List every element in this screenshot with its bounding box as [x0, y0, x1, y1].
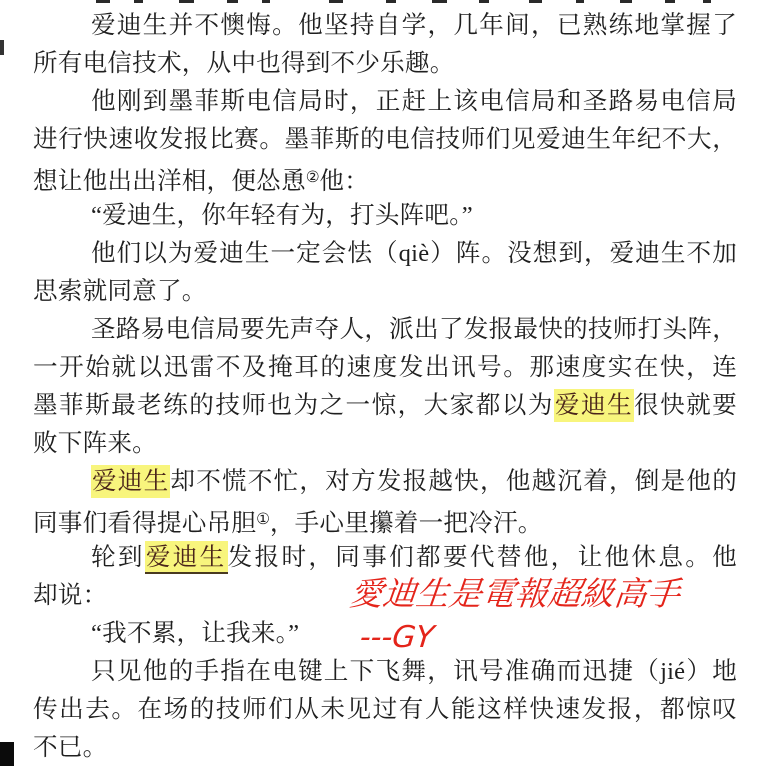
text-segment: 很快就要	[634, 392, 737, 419]
text-segment: 不已。	[33, 734, 107, 761]
text-segment: “爱迪生，你年轻有为，打头阵吧。”	[91, 202, 473, 229]
footnote-marker: ②	[306, 169, 320, 186]
text-segment: 败下阵来。	[33, 430, 157, 457]
text-line: 所有电信技术，从中也得到不少乐趣。	[33, 45, 737, 83]
text-line: 思索就同意了。	[33, 273, 737, 311]
page-edge-mark	[0, 742, 14, 766]
text-segment: 所有电信技术，从中也得到不少乐趣。	[33, 50, 455, 77]
text-line: 他刚到墨菲斯电信局时，正赶上该电信局和圣路易电信局	[33, 83, 737, 121]
text-segment: 一开始就以迅雷不及掩耳的速度发出讯号。那速度实在快，连	[33, 354, 737, 381]
text-segment: 想让他出出洋相，便怂恿	[33, 168, 306, 195]
text-segment: 进行快速收发报比赛。墨菲斯的电信技师们见爱迪生年纪不大，	[33, 126, 737, 153]
text-line: 想让他出出洋相，便怂恿②他：	[33, 159, 737, 197]
text-line: 一开始就以迅雷不及掩耳的速度发出讯号。那速度实在快，连	[33, 349, 737, 387]
text-segment: 发报时，同事们都要代替他，让他休息。他	[228, 544, 737, 571]
text-segment: ，手心里攥着一把冷汗。	[270, 510, 543, 537]
footnote-marker: ①	[256, 511, 270, 528]
document-page: 爱迪生并不懊悔。他坚持自学，几年间，已熟练地掌握了所有电信技术，从中也得到不少乐…	[0, 0, 757, 767]
text-segment: “我不累，让我来。”	[91, 620, 299, 647]
text-segment: 思索就同意了。	[33, 278, 207, 305]
text-segment: 他刚到墨菲斯电信局时，正赶上该电信局和圣路易电信局	[91, 88, 737, 115]
text-segment: 爱迪生并不懊悔。他坚持自学，几年间，已熟练地掌握了	[91, 12, 737, 39]
text-segment: 圣路易电信局要先声夺人，派出了发报最快的技师打头阵，	[91, 316, 737, 343]
text-segment: 他：	[319, 168, 369, 195]
text-segment: 轮到	[91, 544, 145, 571]
text-line: 圣路易电信局要先声夺人，派出了发报最快的技师打头阵，	[33, 311, 737, 349]
text-line: 不已。	[33, 729, 737, 767]
text-line: 同事们看得提心吊胆①，手心里攥着一把冷汗。	[33, 501, 737, 539]
highlighted-term: 爱迪生	[145, 541, 228, 574]
highlighted-term: 爱迪生	[554, 389, 634, 422]
highlighted-term: 爱迪生	[91, 465, 170, 498]
text-line: “爱迪生，你年轻有为，打头阵吧。”	[33, 197, 737, 235]
text-segment: 却不慌不忙，对方发报越快，他越沉着，倒是他的	[170, 468, 737, 495]
text-line: 进行快速收发报比赛。墨菲斯的电信技师们见爱迪生年纪不大，	[33, 121, 737, 159]
text-segment: 只见他的手指在电键上下飞舞，讯号准确而迅捷（jié）地	[91, 658, 737, 685]
text-line: 只见他的手指在电键上下飞舞，讯号准确而迅捷（jié）地	[33, 653, 737, 691]
text-line: 轮到爱迪生发报时，同事们都要代替他，让他休息。他	[33, 539, 737, 577]
text-segment: 却说：	[33, 582, 107, 609]
text-line: 他们以为爱迪生一定会怯（qiè）阵。没想到，爱迪生不加	[33, 235, 737, 273]
text-line: 爱迪生却不慌不忙，对方发报越快，他越沉着，倒是他的	[33, 463, 737, 501]
text-line: 爱迪生并不懊悔。他坚持自学，几年间，已熟练地掌握了	[33, 7, 737, 45]
handwritten-signature: ---GY	[358, 620, 436, 656]
text-line: 传出去。在场的技师们从未见过有人能这样快速发报，都惊叹	[33, 691, 737, 729]
text-segment: 他们以为爱迪生一定会怯（qiè）阵。没想到，爱迪生不加	[91, 240, 737, 267]
text-segment: 传出去。在场的技师们从未见过有人能这样快速发报，都惊叹	[33, 696, 737, 723]
text-segment: 同事们看得提心吊胆	[33, 510, 256, 537]
text-segment: 墨菲斯最老练的技师也为之一惊，大家都以为	[33, 392, 554, 419]
text-line: 败下阵来。	[33, 425, 737, 463]
handwritten-note: 愛迪生是電報超級高手	[348, 576, 682, 612]
text-line: 墨菲斯最老练的技师也为之一惊，大家都以为爱迪生很快就要	[33, 387, 737, 425]
clipped-previous-line	[0, 0, 757, 6]
